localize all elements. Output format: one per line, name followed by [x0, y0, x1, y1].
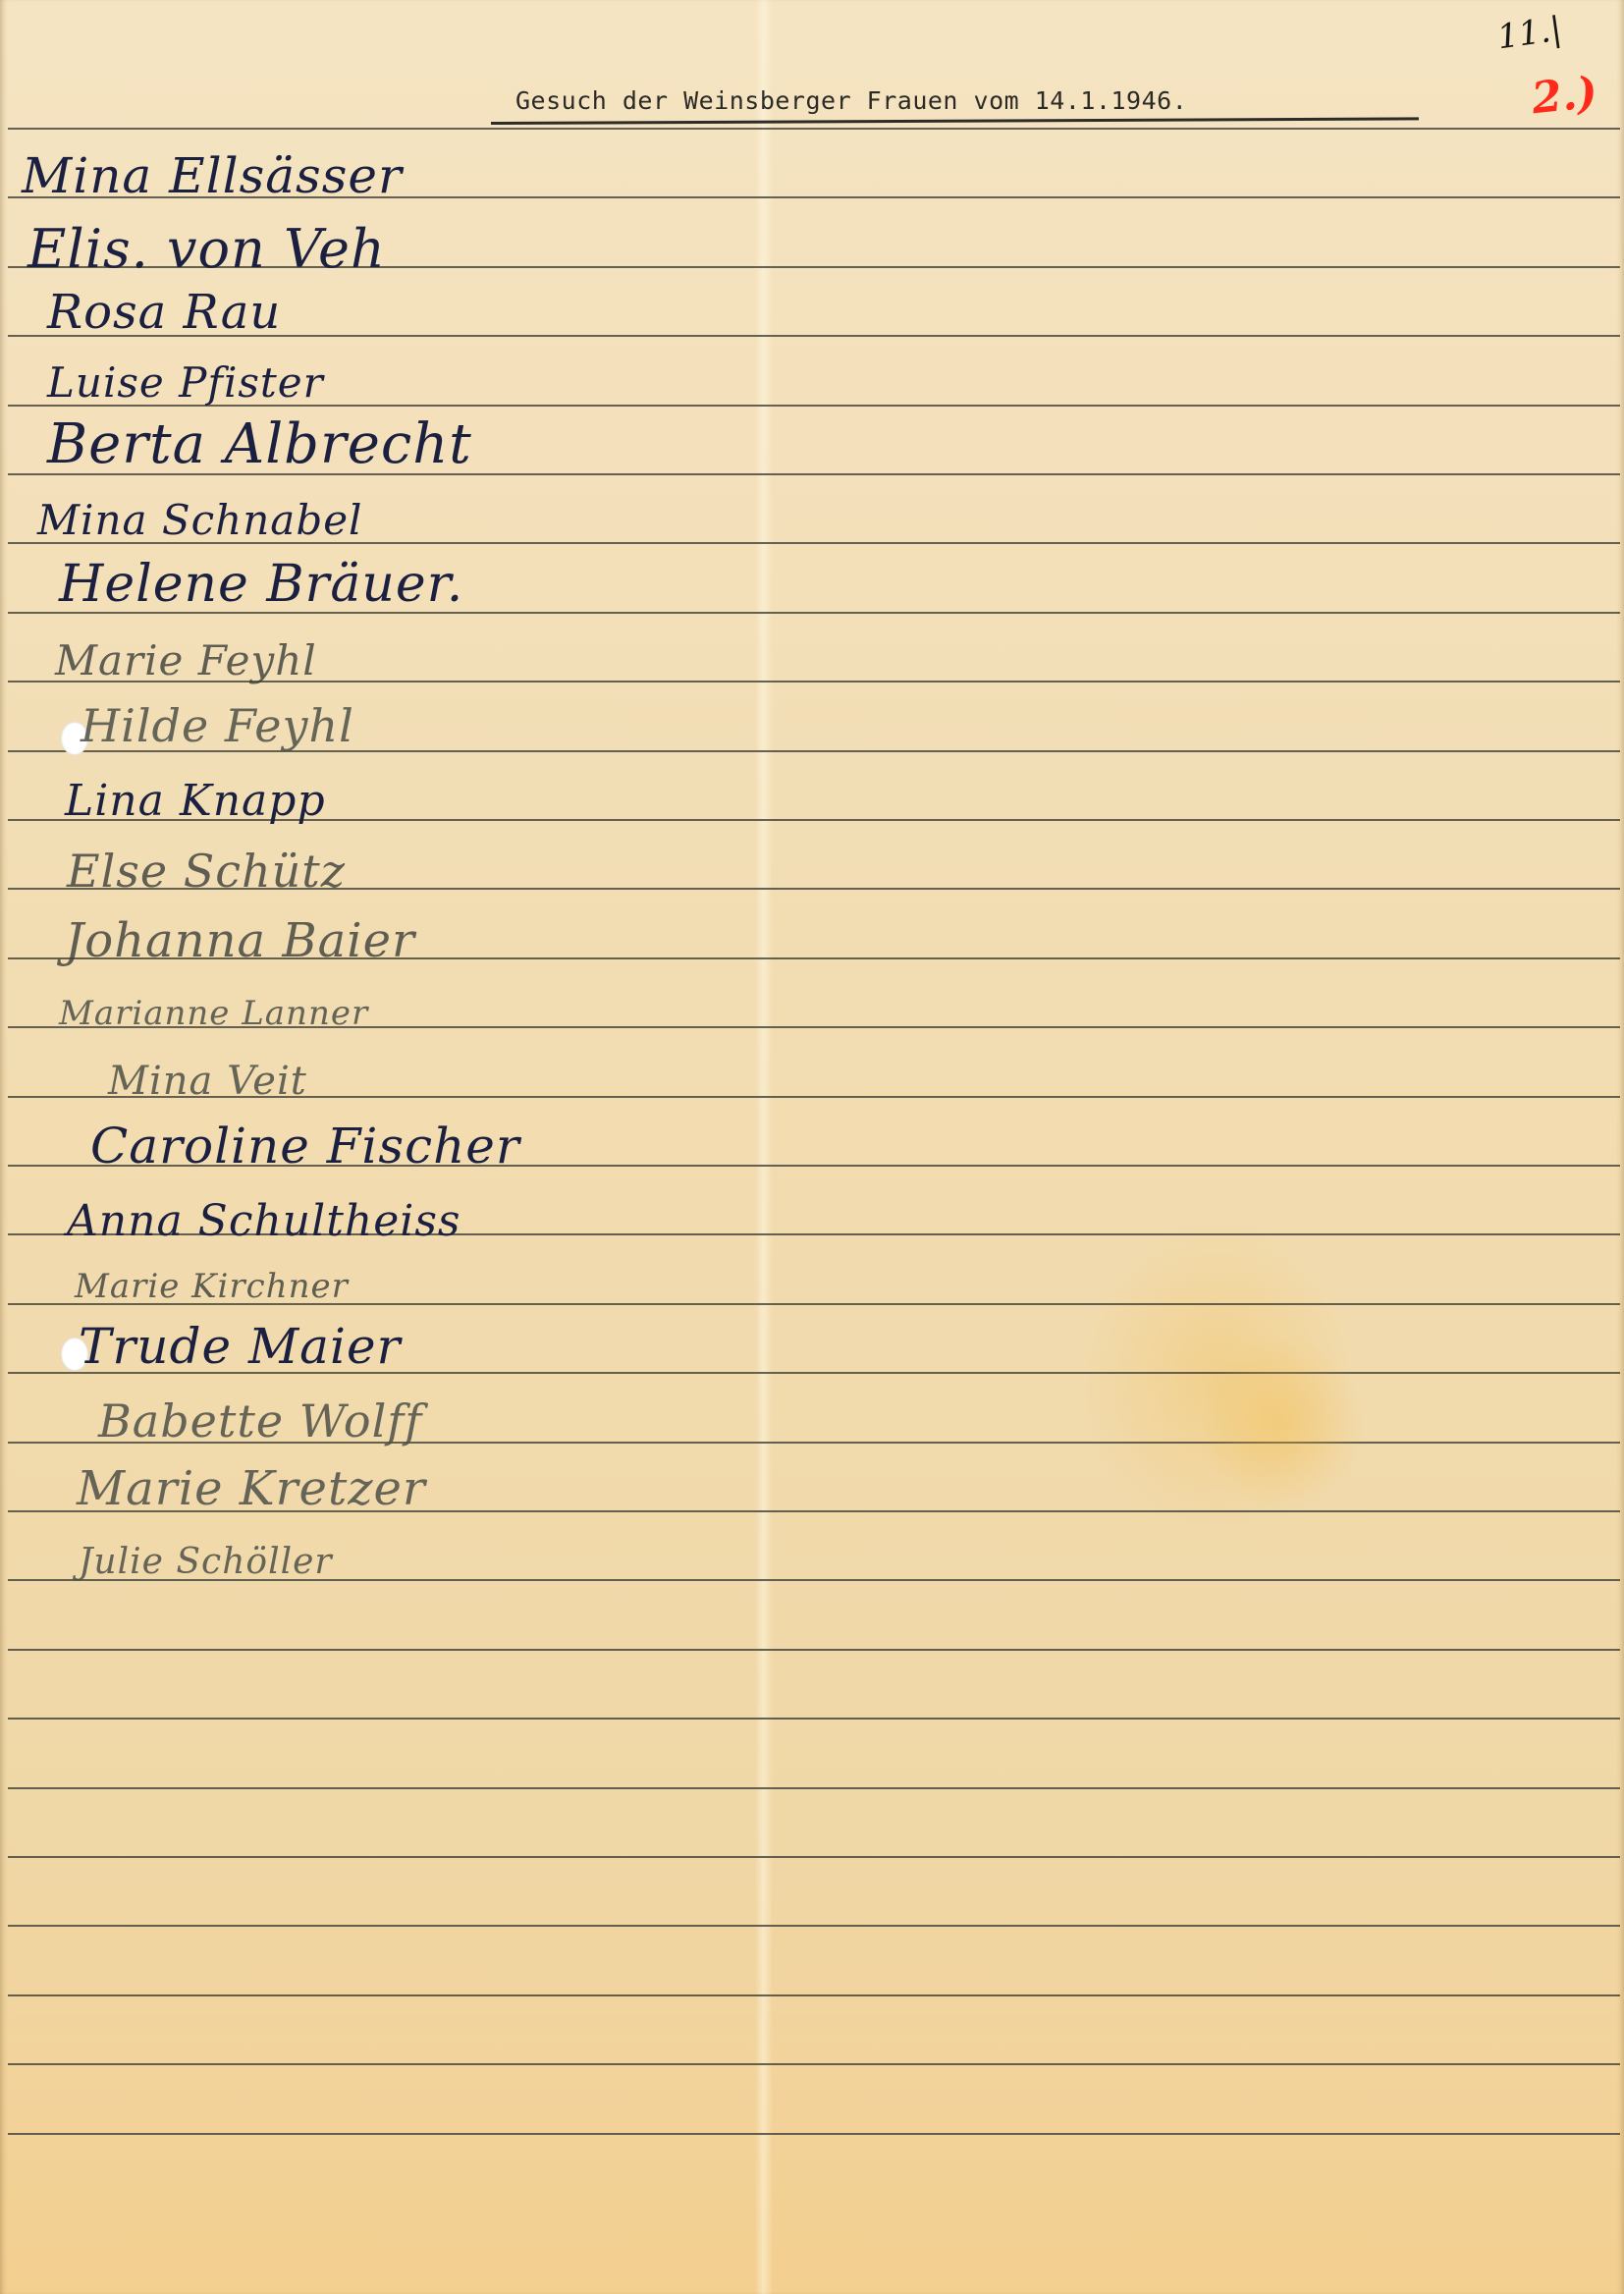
signature-16: Anna Schultheiss	[67, 1196, 461, 1246]
signature-19: Babette Wolff	[98, 1394, 422, 1447]
ruled-line	[8, 2063, 1620, 2065]
signature-8: Marie Feyhl	[55, 636, 317, 684]
red-annotation: 2.)	[1530, 68, 1600, 125]
signature-6: Mina Schnabel	[37, 496, 363, 544]
signature-5: Berta Albrecht	[47, 412, 472, 476]
ruled-line	[8, 1994, 1620, 1996]
ruled-line	[8, 1787, 1620, 1789]
signature-14: Mina Veit	[108, 1059, 307, 1104]
signature-1: Mina Ellsässer	[22, 147, 403, 204]
signature-7: Helene Bräuer.	[59, 555, 463, 614]
signature-10: Lina Knapp	[65, 776, 326, 826]
folio-number: 11.|	[1495, 10, 1564, 58]
signature-3: Rosa Rau	[47, 285, 281, 340]
document-title: Gesuch der Weinsberger Frauen vom 14.1.1…	[515, 86, 1187, 115]
signature-18: Trude Maier	[79, 1318, 401, 1375]
signature-17: Marie Kirchner	[75, 1267, 349, 1306]
signature-4: Luise Pfister	[47, 358, 324, 407]
ruled-line	[8, 1649, 1620, 1651]
ruled-line	[8, 1856, 1620, 1858]
ruled-line	[8, 1925, 1620, 1927]
ruled-line	[8, 1718, 1620, 1720]
ruled-line	[8, 2133, 1620, 2135]
signature-13: Marianne Lanner	[59, 994, 368, 1033]
signature-15: Caroline Fischer	[90, 1118, 520, 1174]
signature-2: Elis. von Veh	[27, 218, 386, 280]
title-underline	[491, 117, 1419, 125]
signature-11: Else Schütz	[67, 845, 346, 898]
signature-9: Hilde Feyhl	[81, 699, 354, 752]
document-page: Gesuch der Weinsberger Frauen vom 14.1.1…	[0, 0, 1624, 2294]
signature-20: Marie Kretzer	[77, 1461, 426, 1516]
ruled-line	[8, 128, 1620, 130]
signature-12: Johanna Baier	[65, 913, 415, 968]
water-stain	[1198, 1336, 1365, 1512]
signature-21: Julie Schöller	[79, 1542, 333, 1582]
